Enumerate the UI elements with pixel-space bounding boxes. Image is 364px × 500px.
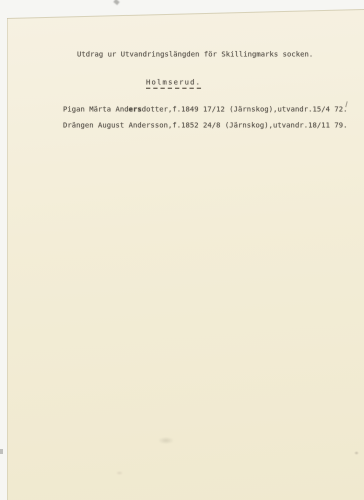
record-1-overstrike: ers	[129, 106, 142, 114]
record-line-1: Pigan Märta Andersdotter,f.1849 17/12 (J…	[63, 106, 347, 115]
paper-speck	[116, 471, 123, 475]
section-heading: Holmserud.	[146, 79, 201, 88]
section-heading-text: Holmserud.	[146, 79, 201, 89]
record-2-pre: Drängen August And	[63, 122, 142, 130]
record-1-post: dotter,f.1849 17/12 (Järnskog),utvandr.1…	[142, 106, 348, 114]
paper-smudge	[158, 437, 174, 444]
record-1-pre: Pigan Märta And	[63, 106, 129, 114]
scan-artifact-top	[113, 0, 119, 5]
scanned-page-background: Utdrag ur Utvandringslängden för Skillin…	[0, 0, 364, 500]
paper-edge-shadow-left	[7, 18, 8, 500]
document-title: Utdrag ur Utvandringslängden för Skillin…	[77, 51, 313, 60]
record-2-post: ersson,f.1852 24/8 (Järnskog),utvandr.18…	[142, 122, 348, 130]
record-line-2: Drängen August Andersson,f.1852 24/8 (Jä…	[63, 122, 347, 131]
paper-speck	[354, 451, 359, 455]
scan-artifact-left	[0, 449, 3, 454]
document-paper: Utdrag ur Utvandringslängden för Skillin…	[7, 9, 364, 500]
